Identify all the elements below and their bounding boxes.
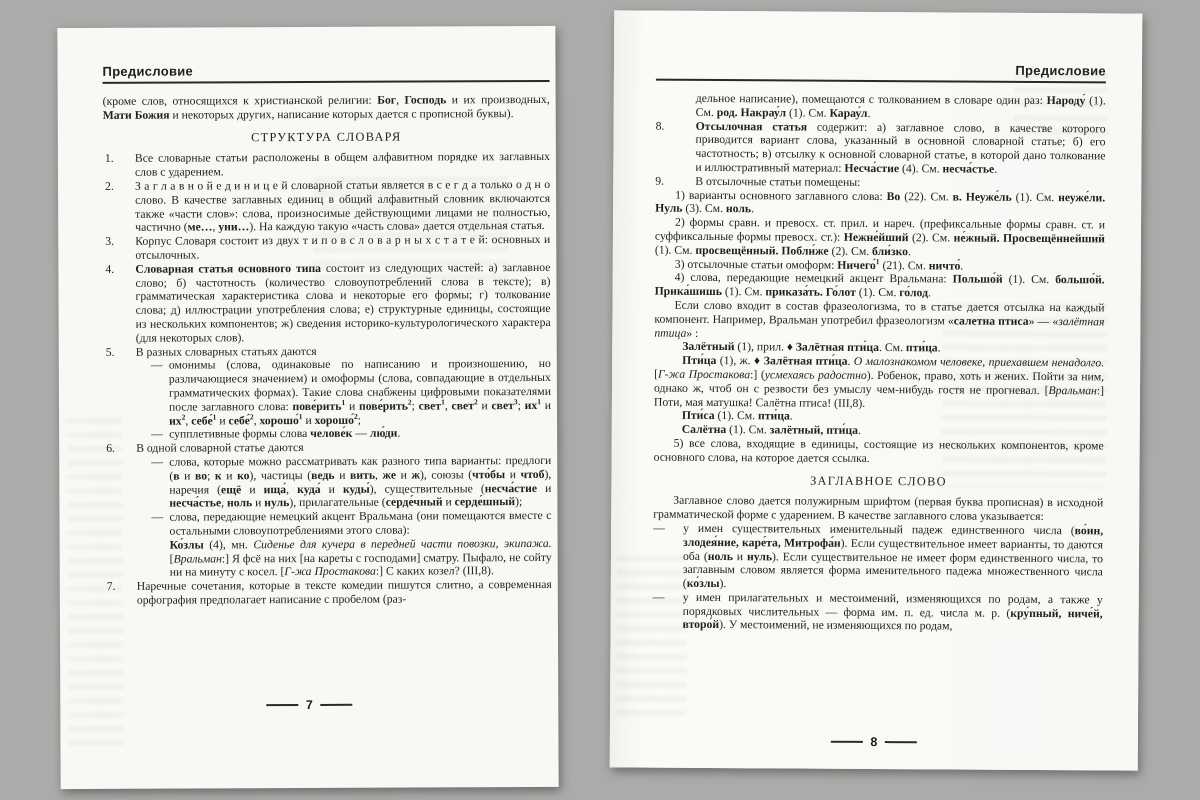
paragraph: (кроме слов, относящихся к христианской … (103, 93, 550, 123)
dictionary-entry: Пти́ца (1), ж. ♦ Залётная пти́ца. О мало… (654, 354, 1104, 412)
numbered-item: 9.В отсылочные статьи помещены: (655, 174, 1105, 191)
page-number-rule (885, 741, 917, 743)
section-heading: ЗАГЛАВНОЕ СЛОВО (653, 473, 1103, 490)
running-header-title: Предисловие (102, 63, 193, 78)
left-page-number: 7 (60, 697, 558, 713)
left-running-header: Предисловие (102, 62, 549, 84)
dash-marker: — (151, 428, 163, 442)
left-page: Предисловие (кроме слов, относящихся к х… (57, 26, 558, 789)
item-number: 3. (105, 235, 114, 249)
numbered-item: 1.Все словарные статьи расположены в общ… (103, 150, 550, 180)
dash-marker: — (653, 591, 665, 605)
page-number-rule (830, 741, 862, 743)
paragraph: 2) формы сравн. и превосх. ст. прил. и н… (655, 216, 1105, 260)
item-number: 6. (106, 442, 115, 456)
numbered-item: 2.З а г л а в н о й е д и н и ц е й слов… (103, 178, 550, 235)
item-number: 5. (106, 345, 115, 359)
section-heading: СТРУКТУРА СЛОВАРЯ (103, 130, 550, 146)
dash-item: —омонимы (слова, одинаковые по написанию… (104, 357, 551, 428)
paragraph: 4) слова, передающие немецкий акцент Вра… (655, 271, 1105, 301)
dash-marker: — (151, 456, 163, 470)
item-number: 8. (656, 119, 665, 133)
scanned-book-spread: { "left_page": { "header": "Предисловие"… (0, 0, 1200, 800)
dictionary-entry: Ко́злы (4), мн. Сиденье для кучера в пер… (170, 537, 552, 580)
item-number: 1. (105, 152, 114, 166)
item-number: 2. (105, 180, 114, 194)
page-number-rule (266, 704, 298, 706)
numbered-item: 8.Отсылочная статья содержит: а) заглавн… (655, 119, 1105, 177)
numbered-item: 4.Словарная статья основного типа состои… (103, 261, 550, 346)
paragraph: Если слово входит в состав фразеологизма… (654, 299, 1104, 343)
dash-marker: — (151, 359, 163, 373)
paragraph: Заглавное слово дается полужирным шрифто… (653, 494, 1103, 524)
dash-item: —слова, передающие немецкий акцент Враль… (104, 509, 551, 539)
left-page-body: (кроме слов, относящихся к христианской … (103, 93, 552, 608)
dash-marker: — (151, 511, 163, 525)
item-number: 7. (107, 580, 116, 594)
numbered-item: 7.Наречные сочетания, которые в тексте к… (105, 578, 552, 608)
paragraph: 5) все слова, входящие в единицы, состоя… (654, 437, 1104, 467)
continuation-paragraph: дельное написание), помещаются с толкова… (696, 92, 1106, 122)
dash-item: —слова, которые можно рассматривать как … (104, 454, 551, 511)
dash-item: —у имен существительных именительный пад… (653, 522, 1103, 594)
right-page-number: 8 (610, 733, 1138, 750)
running-header-title: Предисловие (1015, 63, 1106, 79)
right-page-body: дельное написание), помещаются с толкова… (653, 92, 1106, 635)
page-number-value: 7 (306, 698, 313, 712)
paragraph: 1) варианты основного заглавного слова: … (655, 188, 1105, 218)
page-number-rule (321, 704, 353, 706)
numbered-item: 3.Корпус Словаря состоит из двух т и п о… (103, 233, 550, 263)
page-number-value: 8 (870, 735, 877, 749)
dash-item: —у имен прилагательных и местоимений, из… (653, 591, 1103, 635)
dash-marker: — (653, 522, 665, 536)
item-number: 4. (105, 263, 114, 277)
right-running-header: Предисловие (656, 61, 1106, 84)
right-page: Предисловие дельное написание), помещают… (610, 10, 1143, 770)
item-number: 9. (655, 174, 664, 188)
